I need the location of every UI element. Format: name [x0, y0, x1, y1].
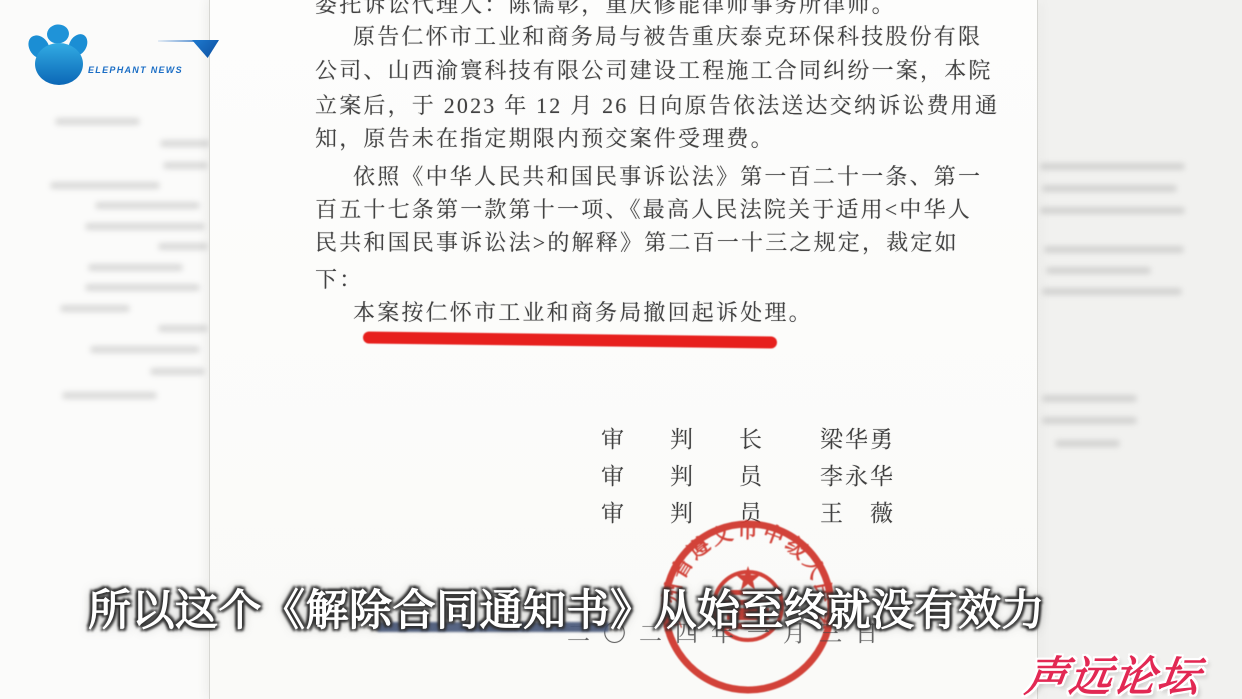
document-line: 民共和国民事诉讼法>的解释》第二百一十三之规定，裁定如: [315, 229, 955, 257]
blurred-text-line: [1042, 185, 1177, 192]
document-ruling-line: 本案按仁怀市工业和商务局撤回起诉处理。: [315, 299, 993, 327]
subtitle-text: 所以这个《解除合同通知书》从始至终就没有效力: [88, 577, 1045, 638]
blurred-text-line: [90, 346, 200, 353]
document-line: 原告仁怀市工业和商务局与被告重庆泰克环保科技股份有限: [315, 23, 993, 51]
judge-role: 审判长: [601, 421, 808, 454]
signature-row: 审判长 梁华勇: [601, 421, 1021, 451]
blurred-text-line: [1040, 207, 1185, 214]
blurred-text-line: [88, 264, 183, 271]
judge-name: 梁华勇: [820, 421, 895, 454]
blurred-text-line: [1042, 288, 1182, 295]
signature-row: 审判员 李永华: [601, 458, 1021, 488]
blurred-text-line: [95, 202, 200, 209]
blurred-text-line: [158, 325, 208, 332]
document-line: 依照《中华人民共和国民事诉讼法》第一百二十一条、第一: [315, 163, 993, 191]
blurred-text-line: [163, 162, 208, 169]
blurred-text-line: [1046, 267, 1151, 274]
document-line: 公司、山西渝寰科技有限公司建设工程施工合同纠纷一案，本院: [315, 57, 955, 85]
document-line: 知，原告未在指定期限内预交案件受理费。: [315, 125, 955, 153]
document-line: 立案后，于 2023 年 12 月 26 日向原告依法送达交纳诉讼费用通: [315, 92, 955, 120]
forum-watermark: 声远论坛: [1022, 644, 1206, 699]
blurred-text-line: [55, 118, 140, 125]
document-line: 百五十七条第一款第十一项、《最高人民法院关于适用<中华人: [315, 196, 955, 224]
blurred-text-line: [50, 182, 160, 189]
document-line: 下：: [315, 266, 955, 294]
video-frame: 委托诉讼代理人：陈儒彰，重庆修能律师事务所律师。 原告仁怀市工业和商务局与被告重…: [0, 0, 1242, 699]
blurred-text-line: [1042, 395, 1137, 402]
brand-name: ELEPHANT NEWS: [88, 65, 183, 75]
judge-role: 审判员: [601, 458, 808, 491]
document-line: 委托诉讼代理人：陈儒彰，重庆修能律师事务所律师。: [315, 0, 955, 19]
blurred-text-line: [150, 368, 205, 375]
blurred-text-line: [62, 392, 157, 399]
blurred-text-line: [160, 140, 210, 147]
blurred-text-line: [60, 305, 130, 312]
judge-name: 李永华: [820, 458, 895, 491]
blurred-text-line: [1042, 417, 1137, 424]
blurred-text-line: [85, 284, 200, 291]
blurred-text-line: [1040, 163, 1185, 170]
blurred-text-line: [85, 223, 205, 230]
elephant-paw-icon: [28, 22, 88, 86]
blurred-text-line: [1044, 246, 1184, 253]
blurred-text-line: [158, 243, 208, 250]
logo-corner-triangle-icon: [192, 40, 219, 58]
elephant-news-logo: ELEPHANT NEWS: [0, 0, 260, 100]
blurred-text-line: [1055, 440, 1120, 447]
